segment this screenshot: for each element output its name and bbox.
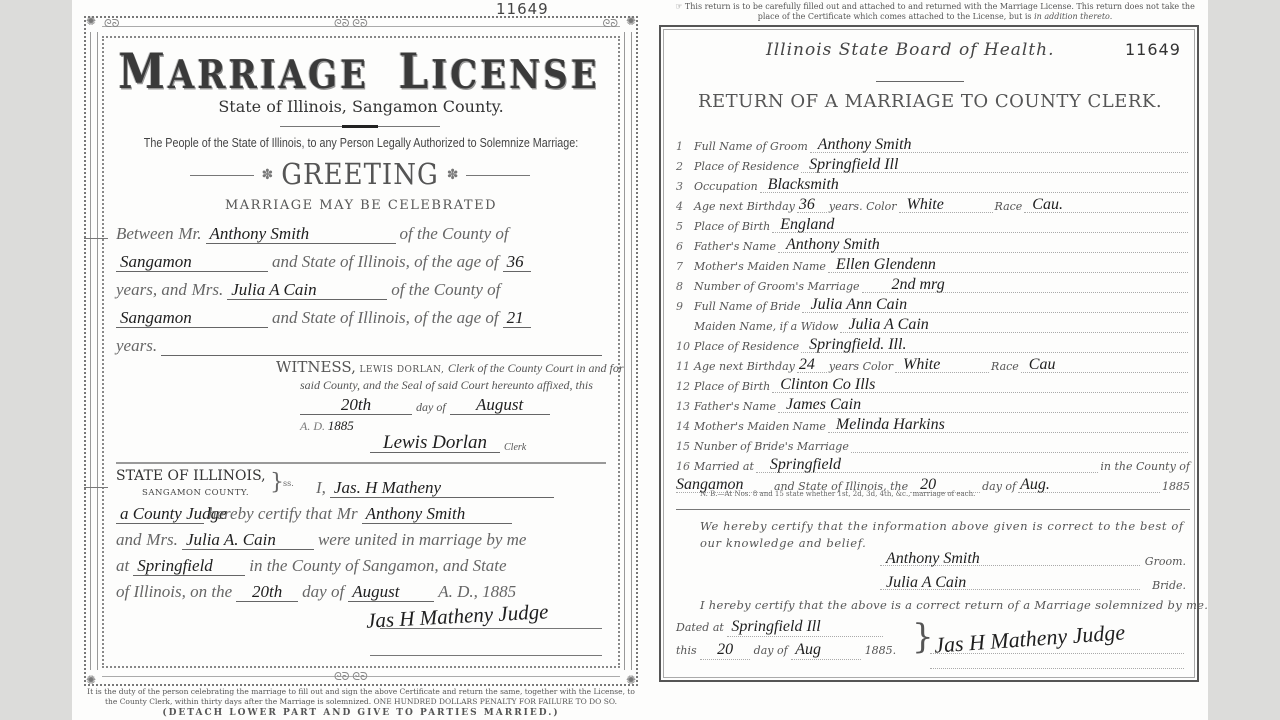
- field-row-groom-mother: 7Mother's Maiden Name Ellen Glendenn: [676, 253, 1190, 273]
- board-number: 11649: [1125, 40, 1181, 59]
- clerk-signature: Lewis Dorlan: [370, 434, 500, 453]
- cert-day-field: 20th: [236, 583, 298, 602]
- brace-icon: }: [912, 620, 934, 654]
- bride-signature: Julia A Cain: [886, 574, 966, 592]
- pointing-hand-icon: ☞: [675, 2, 682, 11]
- flower-ornament-icon: ✽: [447, 167, 459, 184]
- field-row-bride-father: 13Father's Name James Cain: [676, 393, 1190, 413]
- certificate-body: I, Jas. H Matheny a County Judge hereby …: [116, 470, 606, 610]
- witness-day-field: 20th: [300, 396, 412, 415]
- license-left-rail: [90, 32, 98, 670]
- officiant-certify-statement: I hereby certify that the above is a cor…: [700, 598, 1208, 612]
- corner-ornament-icon: ✺: [626, 673, 636, 688]
- groom-signature: Anthony Smith: [886, 550, 980, 568]
- groom-age-field: 36: [503, 253, 531, 272]
- field-row-married-at: 16Married at Springfield in the County o…: [676, 453, 1190, 473]
- flower-ornament-icon: ✽: [262, 167, 274, 184]
- nb-note: N. B.—At Nos. 8 and 15 state whether 1st…: [700, 490, 975, 498]
- groom-signature-line: Anthony Smith Groom.: [880, 548, 1186, 568]
- field-row-bride-mother: 14Mother's Maiden Name Melinda Harkins: [676, 413, 1190, 433]
- board-of-health-heading: Illinois State Board of Health.: [766, 40, 1055, 60]
- bride-age-field: 21: [503, 309, 531, 328]
- bride-name-field: Julia A Cain: [227, 281, 387, 300]
- license-body: Between Mr. Anthony Smith of the County …: [116, 216, 606, 366]
- field-row-bride-marriage-number: 15Nunber of Bride's Marriage: [676, 433, 1190, 453]
- divider: [676, 509, 1190, 510]
- greeting-heading: ✽ GREETING ✽: [190, 158, 530, 192]
- field-row-groom-marriage-number: 8Number of Groom's Marriage 2nd mrg: [676, 273, 1190, 293]
- license-address: The People of the State of Illinois, to …: [123, 136, 599, 150]
- field-row-bride-age: 11Age next Birthday 24 years Color White…: [676, 353, 1190, 373]
- groom-name-field: Anthony Smith: [206, 225, 396, 244]
- field-row-groom-residence: 2Place of Residence Springfield Ill: [676, 153, 1190, 173]
- return-title: RETURN OF A MARRIAGE TO COUNTY CLERK.: [670, 91, 1190, 112]
- dated-at-field: Springfield Ill: [727, 618, 883, 637]
- scroll-ornament-icon: ᘓᘐ: [603, 18, 619, 31]
- field-row-bride-residence: 10Place of Residence Springfield. Ill.: [676, 333, 1190, 353]
- dated-day-field: 20: [700, 641, 750, 660]
- certificate-divider: [116, 462, 606, 464]
- license-title: MARRIAGE LICENSE: [114, 50, 604, 92]
- detach-note: (DETACH LOWER PART AND GIVE TO PARTIES M…: [84, 708, 638, 718]
- dated-block: Dated at Springfield Ill this 20 day of …: [676, 618, 896, 660]
- field-row-groom-father: 6Father's Name Anthony Smith: [676, 233, 1190, 253]
- certify-statement: We hereby certify that the information a…: [676, 518, 1188, 552]
- return-fields: 1Full Name of Groom Anthony Smith 2Place…: [676, 133, 1190, 493]
- bride-county-field: Sangamon: [116, 309, 268, 328]
- cert-month-field: August: [348, 583, 434, 602]
- divider-accent: [342, 125, 378, 128]
- scroll-ornament-icon: ᘓᘐ ᘓᘐ: [334, 18, 368, 31]
- footer-note: It is the duty of the person celebrating…: [84, 687, 638, 707]
- license-right-rail: [624, 32, 632, 670]
- field-row-bride-maiden-name: Maiden Name, if a Widow Julia A Cain: [676, 313, 1190, 333]
- field-row-groom-birthplace: 5Place of Birth England: [676, 213, 1190, 233]
- license-subtitle: State of Illinois, Sangamon County.: [84, 97, 638, 116]
- field-row-occupation: 3Occupation Blacksmith: [676, 173, 1190, 193]
- scroll-ornament-icon: ᘓᘐ: [104, 18, 120, 31]
- groom-county-field: Sangamon: [116, 253, 268, 272]
- scroll-ornament-icon: ᘓᘐ ᘓᘐ: [334, 671, 368, 684]
- bride-signature-line: Julia A Cain Bride.: [880, 572, 1186, 592]
- celebrated-heading: MARRIAGE MAY BE CELEBRATED: [84, 198, 638, 213]
- field-row-bride-birthplace: 12Place of Birth Clinton Co Ills: [676, 373, 1190, 393]
- corner-ornament-icon: ✺: [626, 14, 636, 29]
- return-top-note: ☞ This return is to be carefully filled …: [670, 2, 1200, 22]
- divider: [876, 81, 964, 82]
- field-row-bride-name: 9Full Name of Bride Julia Ann Cain: [676, 293, 1190, 313]
- dated-month-field: Aug: [791, 641, 861, 660]
- corner-ornament-icon: ✺: [86, 14, 96, 29]
- field-row-groom-age: 4Age next Birthday 36 years. Color White…: [676, 193, 1190, 213]
- field-row-groom-name: 1Full Name of Groom Anthony Smith: [676, 133, 1190, 153]
- corner-ornament-icon: ✺: [86, 673, 96, 688]
- witness-month-field: August: [450, 396, 550, 415]
